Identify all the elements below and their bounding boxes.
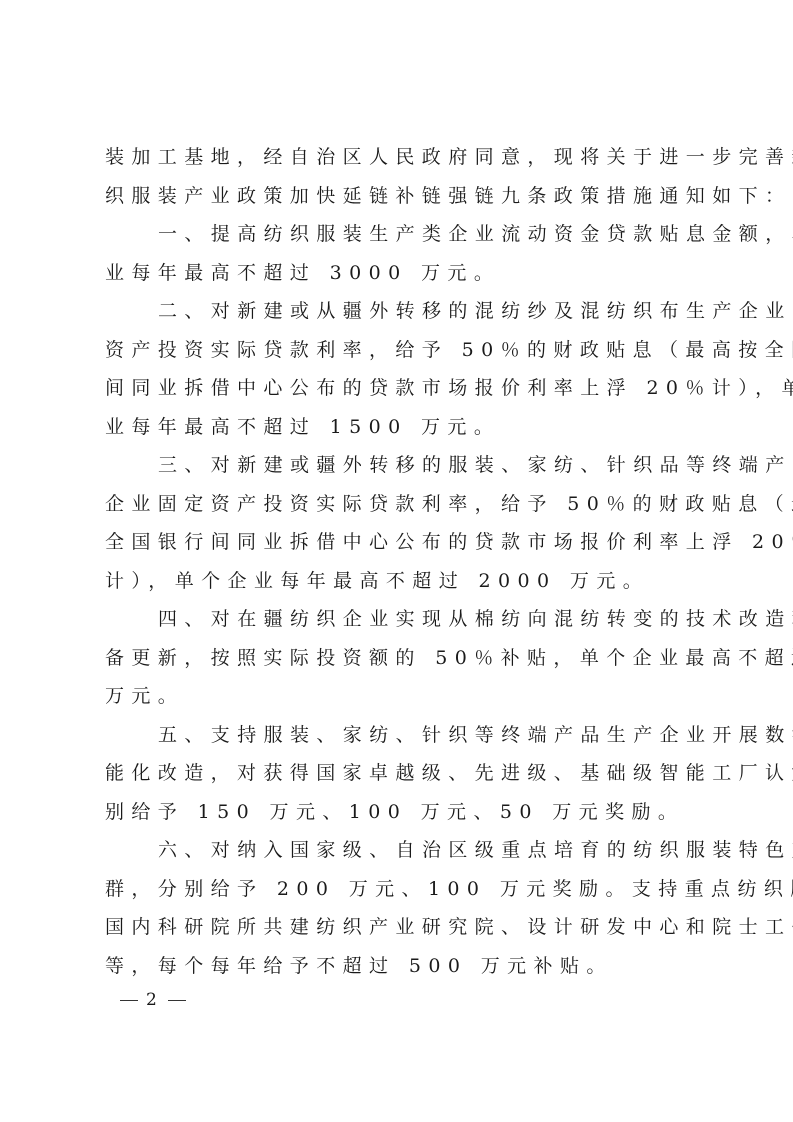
text-line: 万元。 xyxy=(105,677,689,716)
paragraph-measure-1: 一、提高纺织服装生产类企业流动资金贷款贴息金额，单个企 业每年最高不超过 300… xyxy=(105,215,689,292)
paragraph-measure-3: 三、对新建或疆外转移的服装、家纺、针织品等终端产品生产 企业固定资产投资实际贷款… xyxy=(105,446,689,600)
text-line: 国内科研院所共建纺织产业研究院、设计研发中心和院士工作站 xyxy=(105,908,689,947)
document-body: 装加工基地，经自治区人民政府同意，现将关于进一步完善新疆纺 织服装产业政策加快延… xyxy=(105,138,689,985)
paragraph-measure-6: 六、对纳入国家级、自治区级重点培育的纺织服装特色产业集 群，分别给予 200 万… xyxy=(105,831,689,985)
text-line: 资产投资实际贷款利率，给予 50％的财政贴息（最高按全国银行 xyxy=(105,331,689,370)
text-line: 间同业拆借中心公布的贷款市场报价利率上浮 20％计），单个企 xyxy=(105,369,689,408)
paragraph-intro-continuation: 装加工基地，经自治区人民政府同意，现将关于进一步完善新疆纺 织服装产业政策加快延… xyxy=(105,138,689,215)
paragraph-measure-4: 四、对在疆纺织企业实现从棉纺向混纺转变的技术改造和设 备更新，按照实际投资额的 … xyxy=(105,600,689,716)
text-line: 业每年最高不超过 3000 万元。 xyxy=(105,254,689,293)
text-line: 六、对纳入国家级、自治区级重点培育的纺织服装特色产业集 xyxy=(105,831,689,870)
text-line: 五、支持服装、家纺、针织等终端产品生产企业开展数字化、智 xyxy=(105,716,689,755)
page-number: 2 xyxy=(146,990,160,1010)
paragraph-measure-5: 五、支持服装、家纺、针织等终端产品生产企业开展数字化、智 能化改造，对获得国家卓… xyxy=(105,716,689,832)
text-line: 等，每个每年给予不超过 500 万元补贴。 xyxy=(105,947,689,986)
text-line: 二、对新建或从疆外转移的混纺纱及混纺织布生产企业固定 xyxy=(105,292,689,331)
text-line: 计），单个企业每年最高不超过 2000 万元。 xyxy=(105,562,689,601)
text-line: 业每年最高不超过 1500 万元。 xyxy=(105,408,689,447)
dash-left xyxy=(120,1000,138,1001)
page-number-footer: 2 xyxy=(112,990,194,1010)
paragraph-measure-2: 二、对新建或从疆外转移的混纺纱及混纺织布生产企业固定 资产投资实际贷款利率，给予… xyxy=(105,292,689,446)
text-line: 别给予 150 万元、100 万元、50 万元奖励。 xyxy=(105,793,689,832)
text-line: 群，分别给予 200 万元、100 万元奖励。支持重点纺织服装企业与 xyxy=(105,870,689,909)
text-line: 三、对新建或疆外转移的服装、家纺、针织品等终端产品生产 xyxy=(105,446,689,485)
text-line: 一、提高纺织服装生产类企业流动资金贷款贴息金额，单个企 xyxy=(105,215,689,254)
text-line: 全国银行间同业拆借中心公布的贷款市场报价利率上浮 20％ xyxy=(105,523,689,562)
text-line: 企业固定资产投资实际贷款利率，给予 50％的财政贴息（最高按 xyxy=(105,485,689,524)
text-line: 备更新，按照实际投资额的 50％补贴，单个企业最高不超过 300 xyxy=(105,639,689,678)
text-line: 四、对在疆纺织企业实现从棉纺向混纺转变的技术改造和设 xyxy=(105,600,689,639)
text-line: 装加工基地，经自治区人民政府同意，现将关于进一步完善新疆纺 xyxy=(105,138,689,177)
dash-right xyxy=(168,1000,186,1001)
text-line: 织服装产业政策加快延链补链强链九条政策措施通知如下： xyxy=(105,177,689,216)
text-line: 能化改造，对获得国家卓越级、先进级、基础级智能工厂认定的，分 xyxy=(105,754,689,793)
